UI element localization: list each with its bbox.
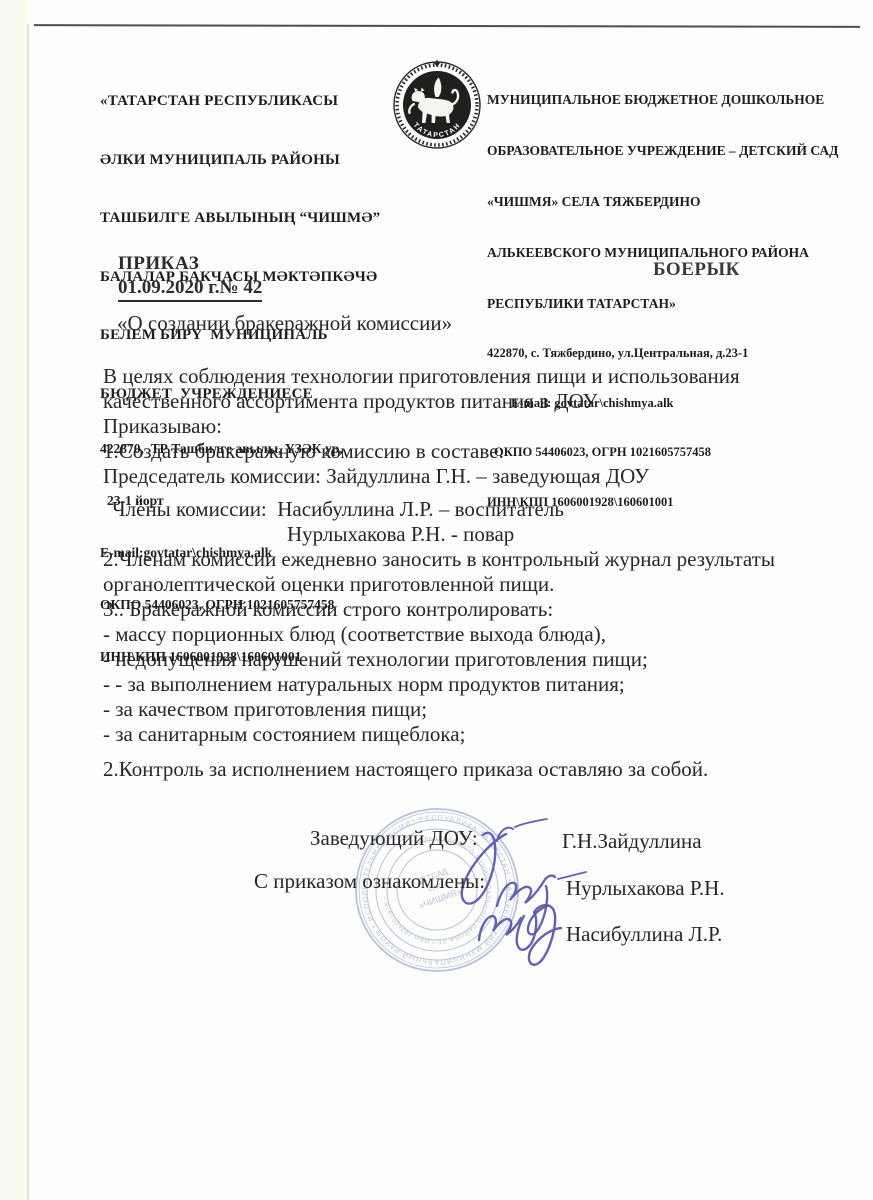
order-date-number: 01.09.2020 г.№ 42 bbox=[118, 277, 262, 302]
body-line: органолептической оценки приготовленной … bbox=[103, 572, 803, 597]
body-line: 3.. Бракеражной комиссии строго контроли… bbox=[103, 597, 803, 622]
org-right-line: МУНИЦИПАЛЬНОЕ БЮДЖЕТНОЕ ДОШКОЛЬНОЕ bbox=[487, 92, 842, 107]
body-line: - массу порционных блюд (соответствие вы… bbox=[103, 622, 803, 647]
body-line: В целях соблюдения технологии приготовле… bbox=[103, 364, 803, 389]
paper-left-edge bbox=[27, 24, 29, 1200]
body-line: качественного ассортимента продуктов пит… bbox=[103, 389, 803, 414]
sig-name-nurlyhakova: Нурлыхакова Р.Н. bbox=[566, 876, 725, 901]
body-line: Приказываю: bbox=[103, 414, 803, 439]
org-right-address: 422870, с. Тяжбердино, ул.Центральная, д… bbox=[487, 347, 842, 361]
body-line: - - за выполнением натуральных норм прод… bbox=[103, 672, 803, 697]
org-left-line: ТАШБИЛГЕ АВЫЛЫНЫҢ “ЧИШМӘ” bbox=[100, 207, 405, 230]
body-line: - за санитарным состоянием пищеблока; bbox=[103, 722, 803, 747]
signature-nasibullina bbox=[479, 905, 561, 965]
body-line: Члены комиссии: Насибуллина Л.Р. – воспи… bbox=[103, 497, 803, 522]
tatarstan-emblem-icon: ТАТАРСТАН bbox=[391, 59, 483, 151]
body-line: Нурлыхакова Р.Н. - повар bbox=[103, 522, 803, 547]
body-line: 2.Контроль за исполнением настоящего при… bbox=[103, 757, 803, 782]
org-right-line: «ЧИШМЯ» СЕЛА ТЯЖБЕРДИНО bbox=[487, 194, 842, 209]
order-title-ru: ПРИКАЗ bbox=[118, 253, 199, 275]
org-right-line: РЕСПУБЛИКИ ТАТАРСТАН» bbox=[487, 296, 842, 311]
org-left-line: ӘЛКИ МУНИЦИПАЛЬ РАЙОНЫ bbox=[100, 149, 405, 172]
org-right-line: ОБРАЗОВАТЕЛЬНОЕ УЧРЕЖДЕНИЕ – ДЕТСКИЙ САД bbox=[487, 143, 842, 158]
org-left-line: «ТАТАРСТАН РЕСПУБЛИКАСЫ bbox=[100, 90, 405, 113]
sig-name-zaydullina: Г.Н.Зайдуллина bbox=[562, 829, 702, 854]
order-title-tt: БОЕРЫК bbox=[653, 259, 740, 281]
sig-name-nasibullina: Насибуллина Л.Р. bbox=[566, 922, 722, 947]
sig-label-head: Заведующий ДОУ: bbox=[310, 826, 478, 851]
body-line: 2.Членам комиссии ежедневно заносить в к… bbox=[103, 547, 803, 572]
org-right-line: АЛЬКЕЕВСКОГО МУНИЦИПАЛЬНОГО РАЙОНА bbox=[487, 245, 842, 260]
body-line: - недопущения нарушений технологии приго… bbox=[103, 647, 803, 672]
scan-left-margin bbox=[0, 0, 27, 1200]
sig-label-acknowledged: С приказом ознакомлены: bbox=[254, 869, 485, 894]
scanned-order-page: «ТАТАРСТАН РЕСПУБЛИКАСЫ ӘЛКИ МУНИЦИПАЛЬ … bbox=[0, 0, 873, 1200]
body-line: - за качеством приготовления пищи; bbox=[103, 697, 803, 722]
paper-top-edge bbox=[34, 24, 860, 28]
order-subject: «О создании бракеражной комиссии» bbox=[117, 311, 452, 336]
order-body: В целях соблюдения технологии приготовле… bbox=[103, 364, 803, 782]
body-line: Председатель комиссии: Зайдуллина Г.Н. –… bbox=[103, 464, 803, 489]
body-line: 1.Создать бракеражную комиссию в составе… bbox=[103, 439, 803, 464]
